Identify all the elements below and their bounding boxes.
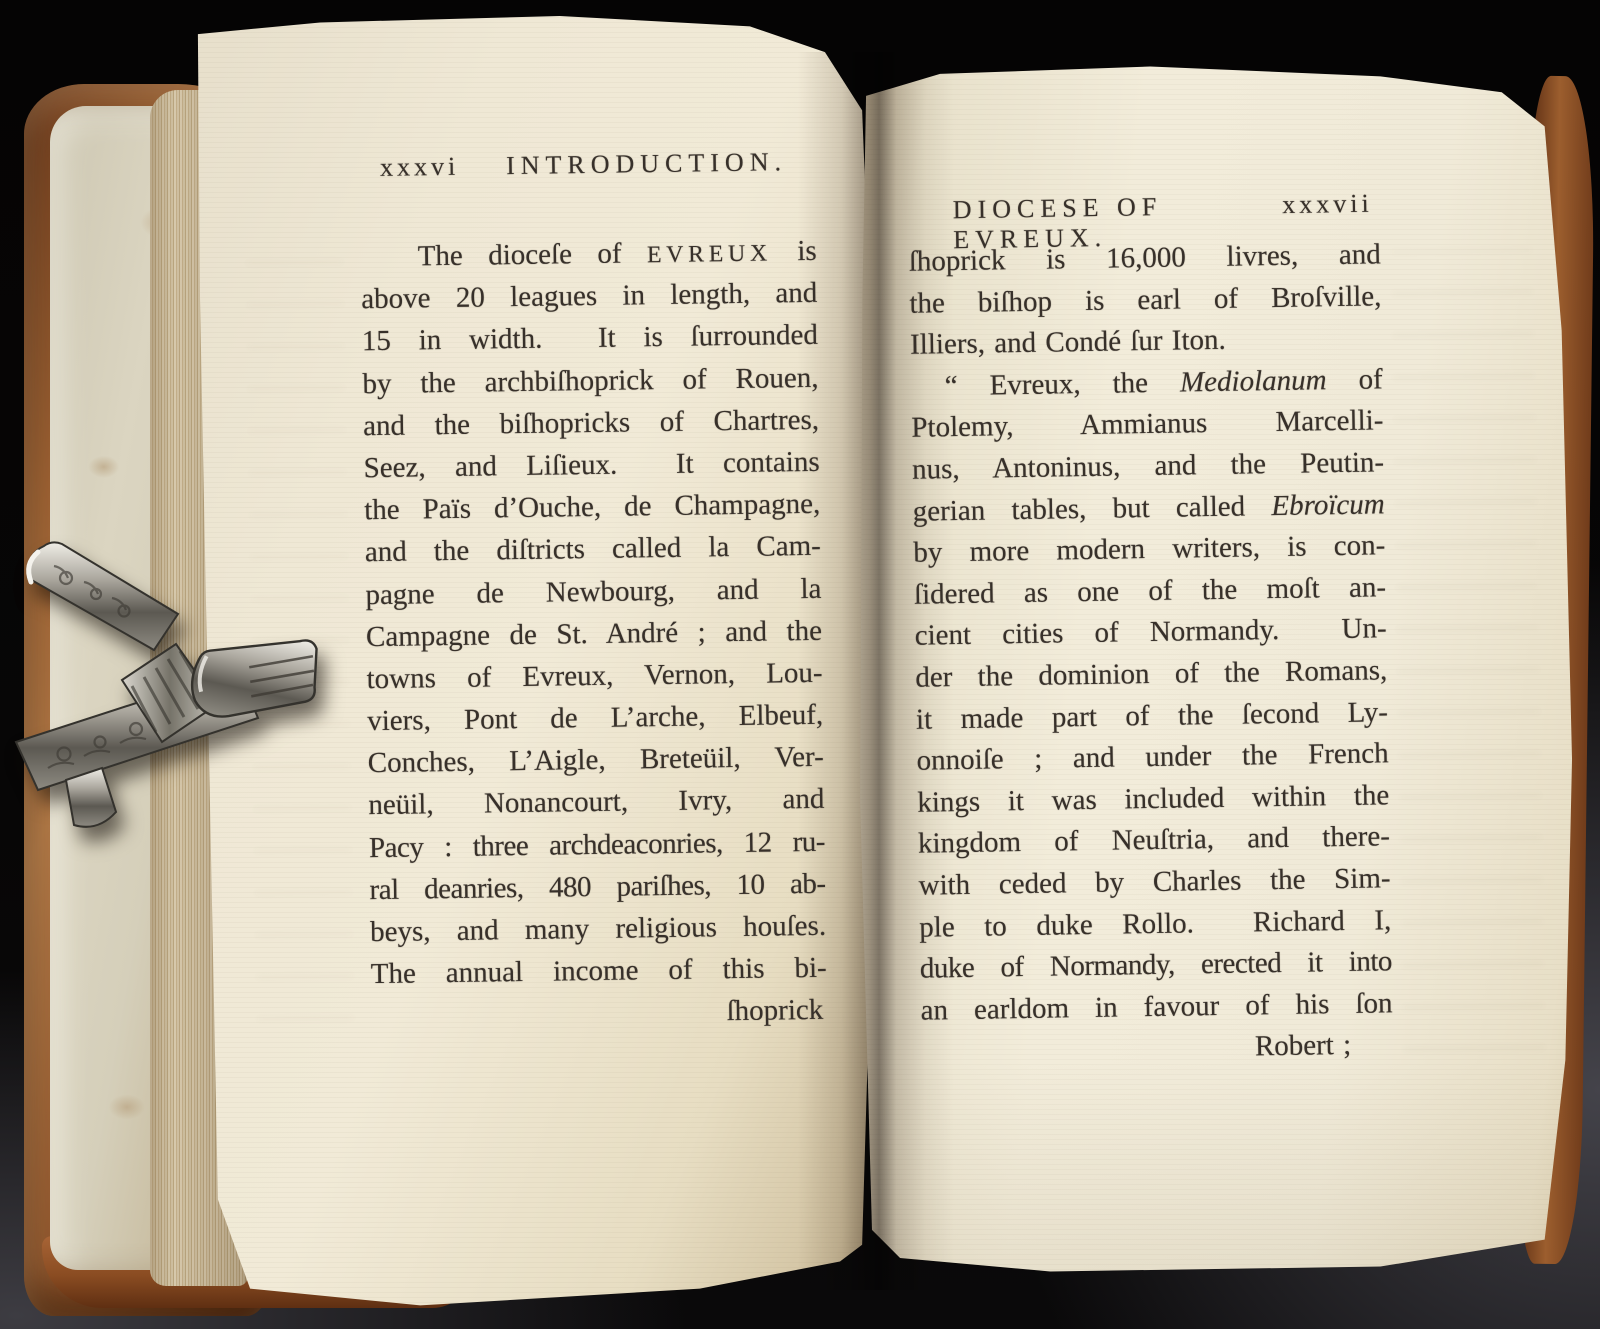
- text-line: Campagne de St. André ; and the: [366, 610, 823, 659]
- text-line: an earldom in favour of his ſon: [920, 983, 1393, 1032]
- left-running-head: INTRODUCTION.: [506, 147, 787, 181]
- text-line: kings it was included within the: [917, 775, 1390, 824]
- book-photo: xxxvi INTRODUCTION. The dioceſe of EVREU…: [0, 0, 1600, 1329]
- text-line: ple to duke Rollo. Richard I,: [919, 900, 1392, 949]
- text-line: The dioceſe of EVREUX is: [360, 230, 817, 279]
- right-folio: xxxvii: [1282, 189, 1373, 220]
- text-line: ſidered as one of the moſt an-: [914, 567, 1387, 616]
- text-line: Pacy : three archdeaconries, 12 ru-: [369, 820, 826, 869]
- text-line: neüil, Nonancourt, Ivry, and: [368, 778, 825, 827]
- text-line: cient cities of Normandy. Un-: [914, 609, 1387, 658]
- text-line: der the dominion of the Romans,: [915, 650, 1388, 699]
- left-running-header: xxxvi INTRODUCTION.: [380, 147, 787, 183]
- text-line: Conches, L’Aigle, Breteüil, Ver-: [367, 736, 824, 785]
- right-page-text: ſhoprick is 16,000 livres, andthe biſhop…: [908, 234, 1393, 1073]
- text-line: nus, Antoninus, and the Peutin-: [912, 442, 1385, 491]
- text-line: Illiers, and Condé ſur Iton.: [910, 318, 1383, 367]
- text-line: beys, and many religious houſes.: [370, 905, 827, 954]
- text-line: ſhoprick is 16,000 livres, and: [908, 234, 1381, 283]
- text-line: 15 in width. It is ſurrounded: [362, 314, 819, 363]
- text-line: duke of Normandy, erected it into: [920, 941, 1393, 990]
- text-line: the biſhop is earl of Broſville,: [909, 276, 1382, 325]
- text-line: above 20 leagues in length, and: [361, 272, 818, 321]
- left-page-text: The dioceſe of EVREUX isabove 20 leagues…: [360, 230, 827, 1038]
- text-line: it made part of the ſecond Ly-: [916, 692, 1389, 741]
- text-line: with ceded by Charles the Sim-: [918, 858, 1391, 907]
- left-folio: xxxvi: [380, 152, 460, 183]
- text-line: viers, Pont de L’arche, Elbeuf,: [367, 694, 824, 743]
- right-catchword: Robert ;: [921, 1025, 1394, 1074]
- text-line: towns of Evreux, Vernon, Lou-: [366, 652, 823, 701]
- text-line: The annual income of this bi-: [370, 947, 827, 996]
- text-line: gerian tables, but called Ebroïcum: [912, 484, 1385, 533]
- left-catchword: ſhoprick: [371, 989, 828, 1038]
- page-clasp-hand-icon: [4, 528, 326, 840]
- text-line: the Païs d’Ouche, de Champagne,: [364, 483, 821, 532]
- text-line: by the archbiſhoprick of Rouen,: [362, 356, 819, 405]
- text-line: ral deanries, 480 pariſhes, 10 ab-: [369, 863, 826, 912]
- text-line: kingdom of Neuſtria, and there-: [918, 817, 1391, 866]
- text-line: by more modern writers, is con-: [913, 525, 1386, 574]
- text-line: onnoiſe ; and under the French: [916, 733, 1389, 782]
- text-line: Ptolemy, Ammianus Marcelli-: [911, 401, 1384, 450]
- text-line: and the biſhopricks of Chartres,: [363, 399, 820, 448]
- text-line: Seez, and Liſieux. It contains: [363, 441, 820, 490]
- text-line: pagne de Newbourg, and la: [365, 567, 822, 616]
- text-line: “ Evreux, the Mediolanum of: [910, 359, 1383, 408]
- text-line: and the diſtricts called la Cam-: [365, 525, 822, 574]
